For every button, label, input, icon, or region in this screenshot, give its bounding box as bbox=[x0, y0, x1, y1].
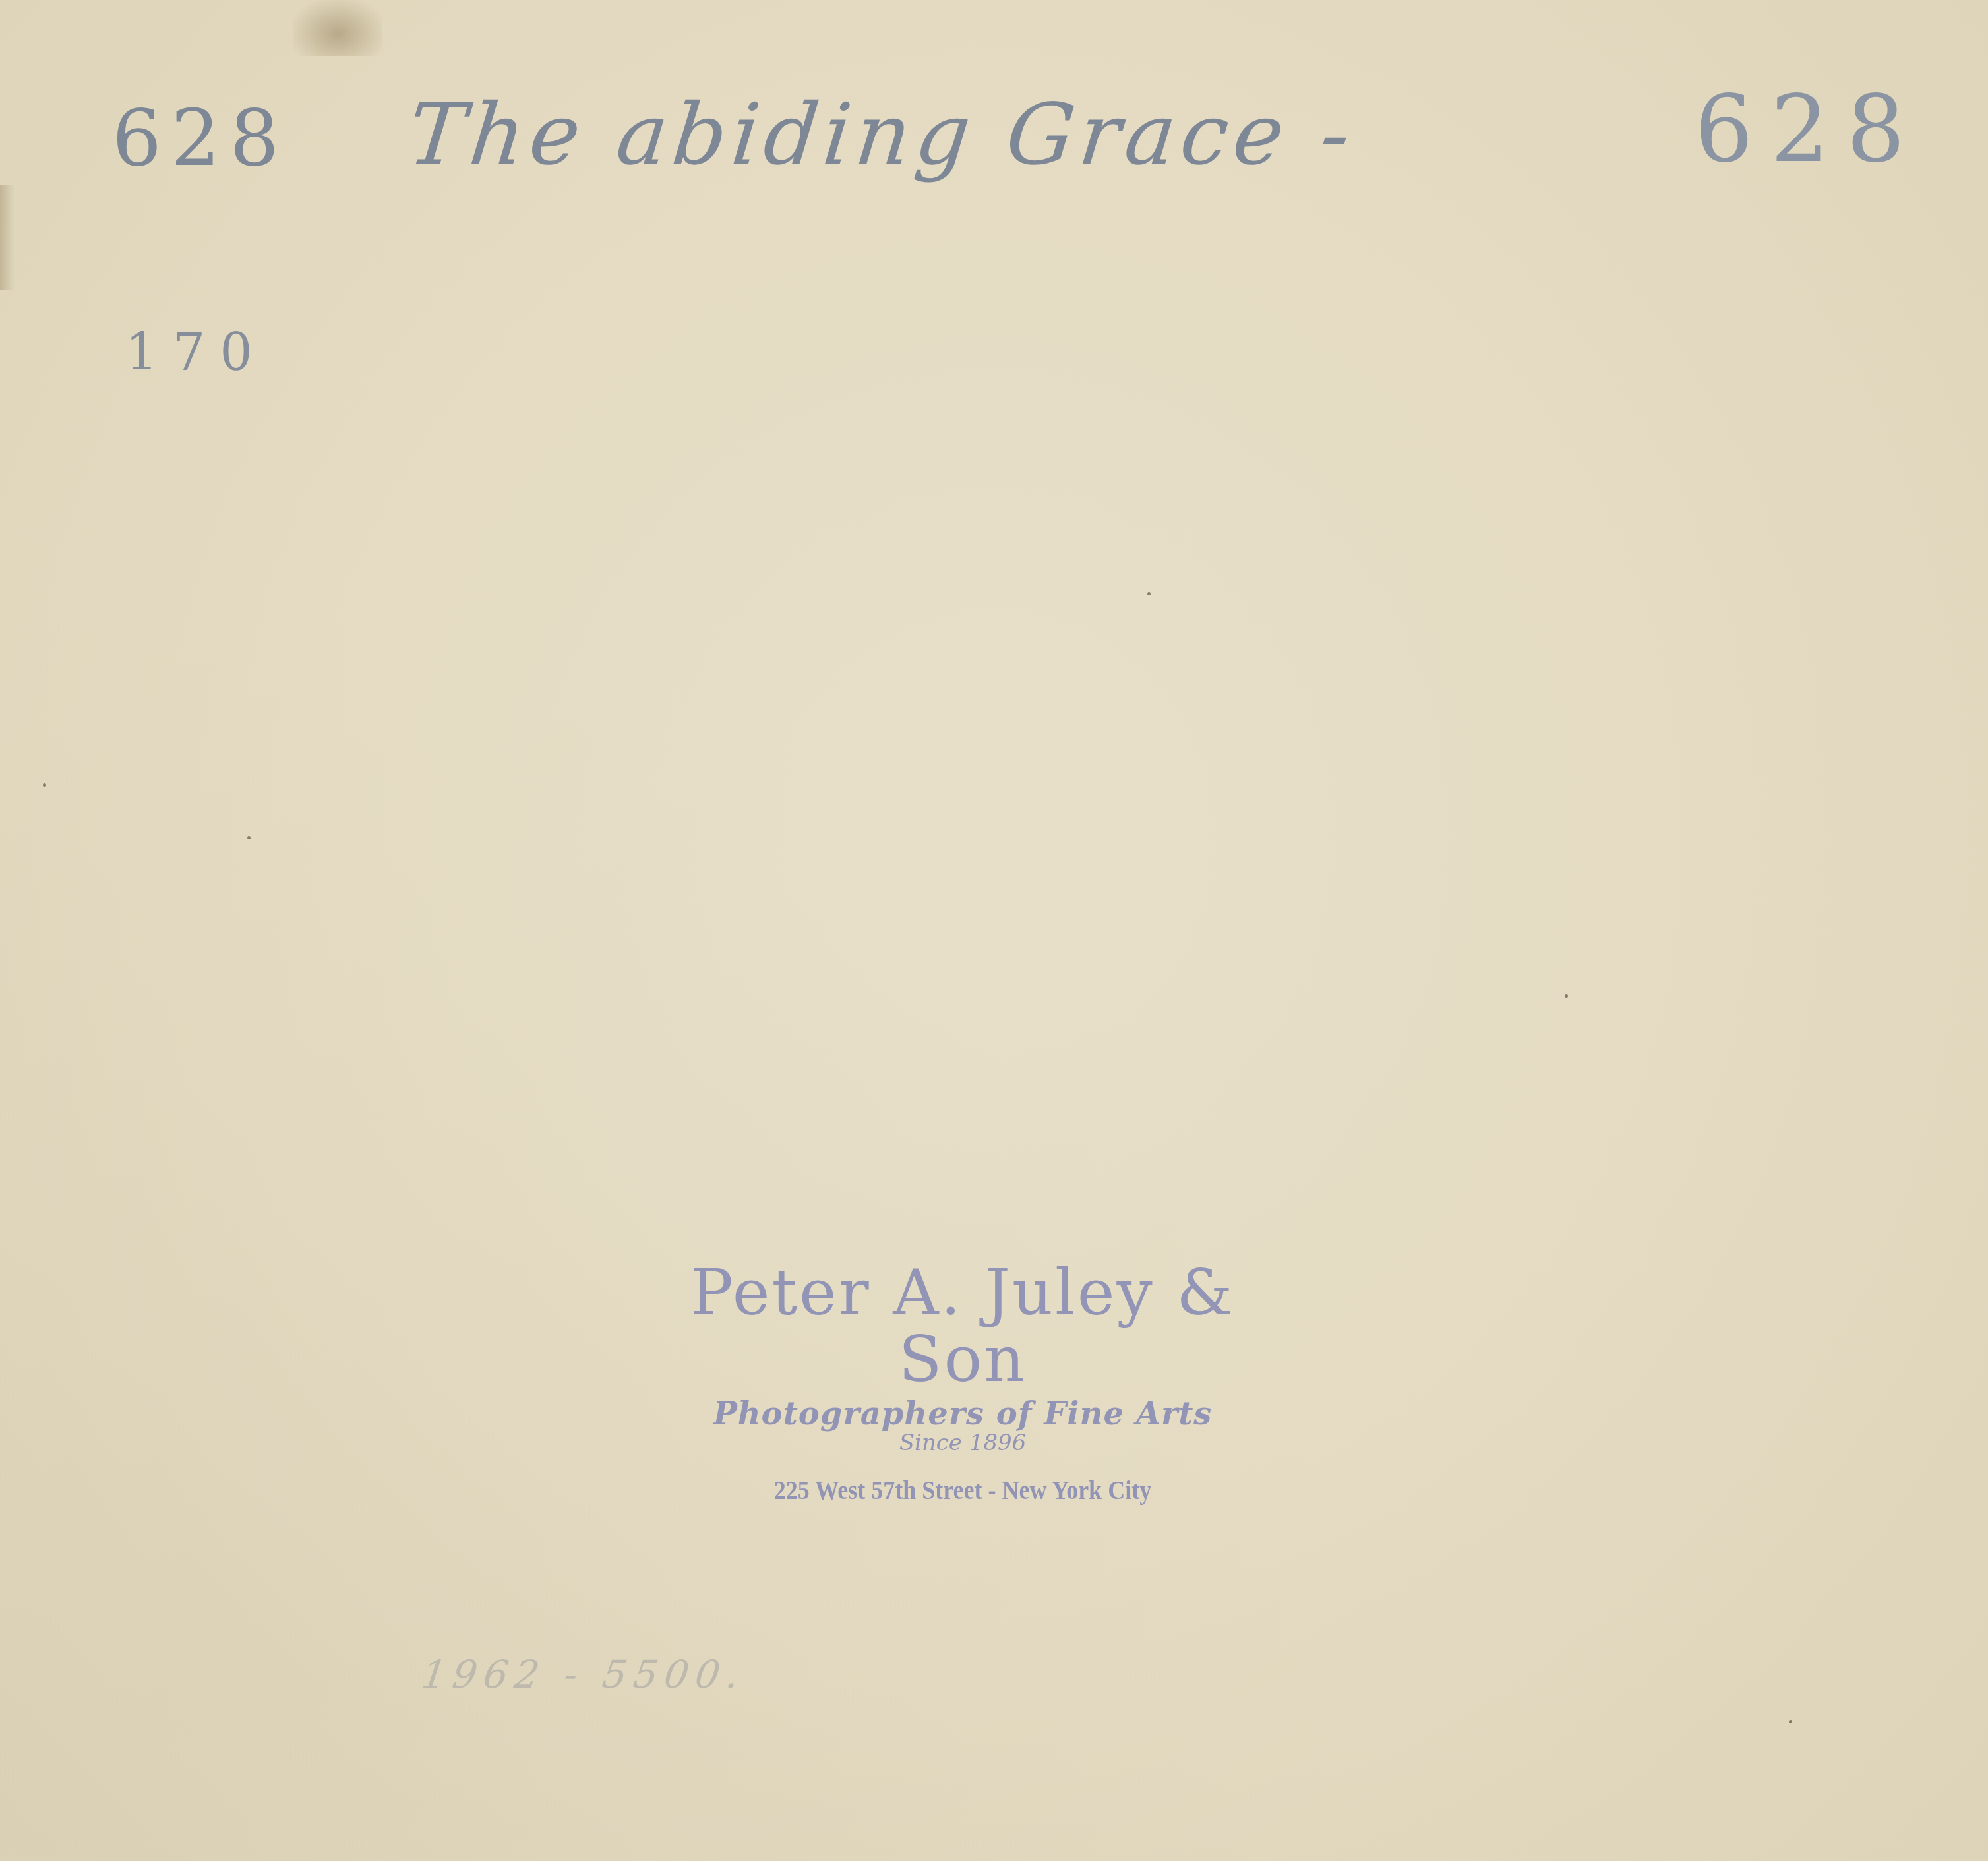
photographer-stamp: Peter A. Juley & Son Photographers of Fi… bbox=[646, 1260, 1279, 1506]
handwritten-title: The abiding Grace - bbox=[404, 86, 1360, 184]
catalog-number-left: 628 bbox=[112, 92, 288, 183]
stamp-address: 225 West 57th Street - New York City bbox=[678, 1475, 1248, 1506]
photo-back-paper: 628 The abiding Grace - 628 170 Peter A.… bbox=[0, 0, 1988, 1861]
paper-speck bbox=[1789, 1720, 1792, 1723]
secondary-number: 170 bbox=[125, 323, 267, 382]
paper-speck bbox=[247, 836, 251, 839]
stain-mark bbox=[293, 0, 382, 56]
paper-speck bbox=[1565, 994, 1568, 998]
paper-speck bbox=[43, 783, 46, 787]
edge-discoloration bbox=[0, 185, 15, 290]
catalog-number-right: 628 bbox=[1695, 76, 1922, 183]
stamp-studio-name: Peter A. Juley & Son bbox=[646, 1260, 1279, 1393]
stamp-since: Since 1896 bbox=[646, 1430, 1279, 1456]
paper-speck bbox=[1147, 592, 1151, 595]
faint-pencil-note: 1962 - 5500. bbox=[419, 1652, 748, 1697]
stamp-tagline: Photographers of Fine Arts bbox=[646, 1395, 1279, 1432]
